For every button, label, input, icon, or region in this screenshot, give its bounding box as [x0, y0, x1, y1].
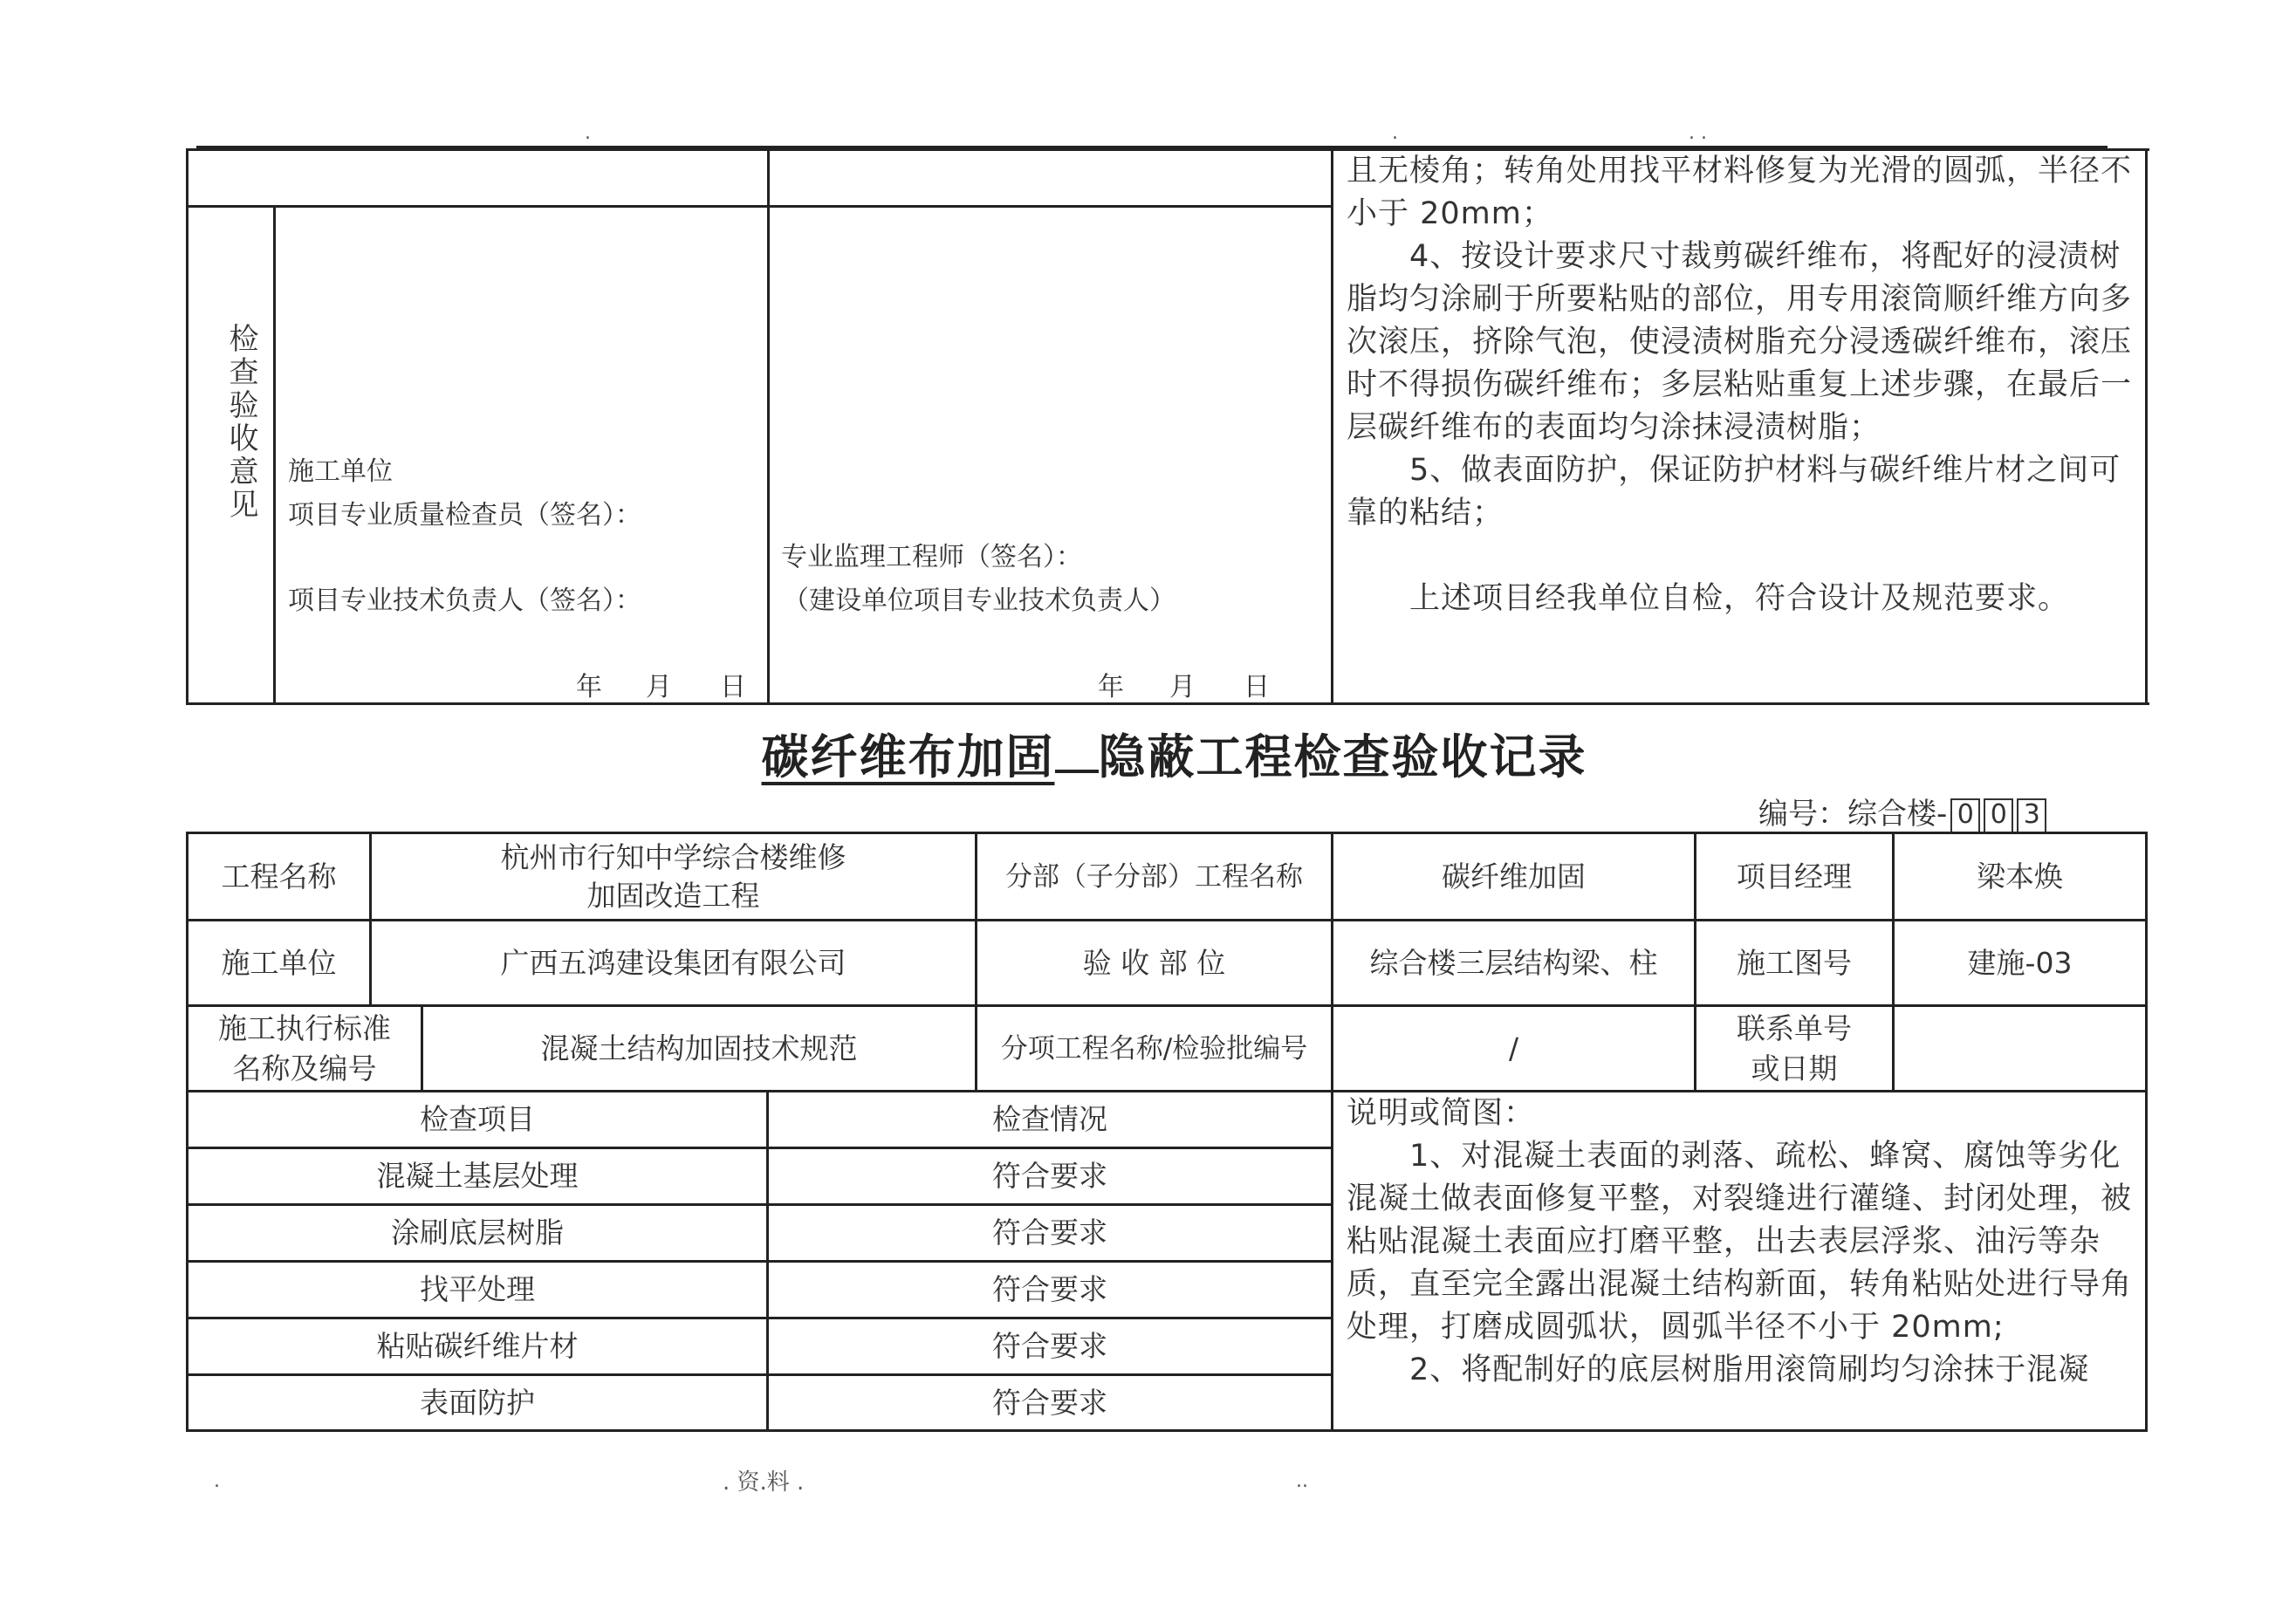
table-border-left	[186, 148, 188, 705]
drawing-number-label: 施工图号	[1696, 921, 1892, 1004]
contact-value	[1895, 1007, 2145, 1090]
quality-inspector-signature: 项目专业质量检查员（签名）：	[288, 493, 641, 531]
notes-item1: 1、对混凝土表面的剥落、疏松、蜂窝、腐蚀等劣化混凝土做表面修复平整，对裂缝进行灌…	[1347, 1135, 2132, 1349]
serial-digit-1: 0	[1950, 798, 1980, 833]
col-divider	[1331, 148, 1333, 705]
project-name-label: 工程名称	[188, 834, 369, 919]
notes-heading: 说明或简图：	[1347, 1092, 2132, 1135]
standard-label-line1: 施工执行标准	[218, 1009, 391, 1049]
notes-conclusion: 上述项目经我单位自检，符合设计及规范要求。	[1347, 578, 2132, 620]
contractor-date-day: 日	[720, 665, 746, 703]
notes-line1: 且无棱角；转角处用找平材料修复为光滑的圆弧，半径不小于 20mm；	[1347, 150, 2132, 236]
check-item: 涂刷底层树脂	[188, 1206, 766, 1260]
title-underline-gap	[1055, 735, 1099, 773]
row-divider	[186, 205, 1333, 208]
serial-label: 编号：综合楼-	[1758, 797, 1947, 832]
check-item: 表面防护	[188, 1376, 766, 1429]
standard-value: 混凝土结构加固技术规范	[423, 1007, 975, 1090]
check-item: 找平处理	[188, 1263, 766, 1317]
check-status: 符合要求	[769, 1319, 1331, 1373]
col-divider	[273, 205, 276, 704]
top-table: 检查验收意见 施工单位 项目专业质量检查员（签名）： 项目专业技术负责人（签名）…	[0, 0, 2296, 716]
manager-value: 梁本焕	[1895, 834, 2145, 919]
contact-label: 联系单号 或日期	[1696, 1007, 1892, 1090]
sub-item-label: 分项工程名称/检验批编号	[977, 1007, 1331, 1090]
table-border-right	[2145, 148, 2148, 705]
inspection-location-value: 综合楼三层结构梁、柱	[1333, 921, 1694, 1004]
drawing-number-value: 建施-03	[1895, 921, 2145, 1004]
check-status: 符合要求	[769, 1149, 1331, 1203]
serial-number: 编号：综合楼-003	[1758, 790, 2046, 833]
standard-label-line2: 名称及编号	[233, 1049, 377, 1089]
contractor-unit-label: 施工单位	[288, 449, 393, 488]
col-divider	[767, 148, 770, 705]
serial-digit-2: 0	[1984, 798, 2013, 833]
check-item-header: 检查项目	[188, 1092, 766, 1147]
notes-item4: 4、按设计要求尺寸裁剪碳纤维布，将配好的浸渍树脂均匀涂刷于所要粘贴的部位，用专用…	[1347, 236, 2132, 449]
page-title: 碳纤维布加固隐蔽工程检查验收记录	[0, 720, 2296, 787]
notes-continued: 且无棱角；转角处用找平材料修复为光滑的圆弧，半径不小于 20mm； 4、按设计要…	[1347, 150, 2132, 620]
standard-label: 施工执行标准 名称及编号	[188, 1007, 421, 1090]
manager-label: 项目经理	[1696, 834, 1892, 919]
contractor-label: 施工单位	[188, 921, 369, 1004]
subdivision-label: 分部（子分部）工程名称	[977, 834, 1331, 919]
check-status-header: 检查情况	[769, 1092, 1331, 1147]
subdivision-value: 碳纤维加固	[1333, 834, 1694, 919]
notes-item5: 5、做表面防护，保证防护材料与碳纤维片材之间可靠的粘结；	[1347, 449, 2132, 535]
supervisor-date-month: 月	[1169, 665, 1196, 703]
contractor-date-year: 年	[576, 665, 602, 703]
supervisor-engineer-signature: 专业监理工程师（签名）：	[781, 535, 1082, 573]
footer-center: . 资.料 .	[723, 1464, 804, 1496]
notes-item2: 2、将配制好的底层树脂用滚筒刷均匀涂抹于混凝	[1347, 1349, 2132, 1392]
table-border-bottom	[186, 1429, 2148, 1432]
project-name-line1: 杭州市行知中学综合楼维修	[501, 839, 846, 877]
notes-block: 说明或简图： 1、对混凝土表面的剥落、疏松、蜂窝、腐蚀等劣化混凝土做表面修复平整…	[1347, 1092, 2132, 1392]
supervisor-date-year: 年	[1098, 665, 1124, 703]
check-item: 粘贴碳纤维片材	[188, 1319, 766, 1373]
owner-representative: （建设单位项目专业技术负责人）	[783, 579, 1175, 617]
supervisor-date-day: 日	[1244, 665, 1270, 703]
sub-item-value: /	[1333, 1007, 1694, 1090]
check-status: 符合要求	[769, 1206, 1331, 1260]
tech-lead-signature: 项目专业技术负责人（签名）：	[288, 579, 641, 617]
table-border-bottom	[186, 702, 2149, 705]
serial-digit-3: 3	[2017, 798, 2046, 833]
footer-mark-right: ..	[1296, 1470, 1308, 1492]
footer-mark-left: .	[214, 1470, 220, 1492]
opinion-label: 检查验收意见	[201, 323, 262, 522]
title-rest: 隐蔽工程检查验收记录	[1099, 729, 1587, 784]
check-item: 混凝土基层处理	[188, 1149, 766, 1203]
project-name-line2: 加固改造工程	[587, 877, 760, 915]
title-underlined: 碳纤维布加固	[709, 729, 1055, 784]
check-status: 符合要求	[769, 1376, 1331, 1429]
inspection-location-label: 验 收 部 位	[977, 921, 1331, 1004]
contractor-date-month: 月	[646, 665, 672, 703]
check-status: 符合要求	[769, 1263, 1331, 1317]
contact-label-line2: 或日期	[1751, 1049, 1838, 1089]
contractor-value: 广西五鸿建设集团有限公司	[372, 921, 975, 1004]
table-border-right	[2145, 832, 2148, 1432]
project-name-value: 杭州市行知中学综合楼维修 加固改造工程	[372, 834, 975, 919]
contact-label-line1: 联系单号	[1737, 1009, 1852, 1049]
